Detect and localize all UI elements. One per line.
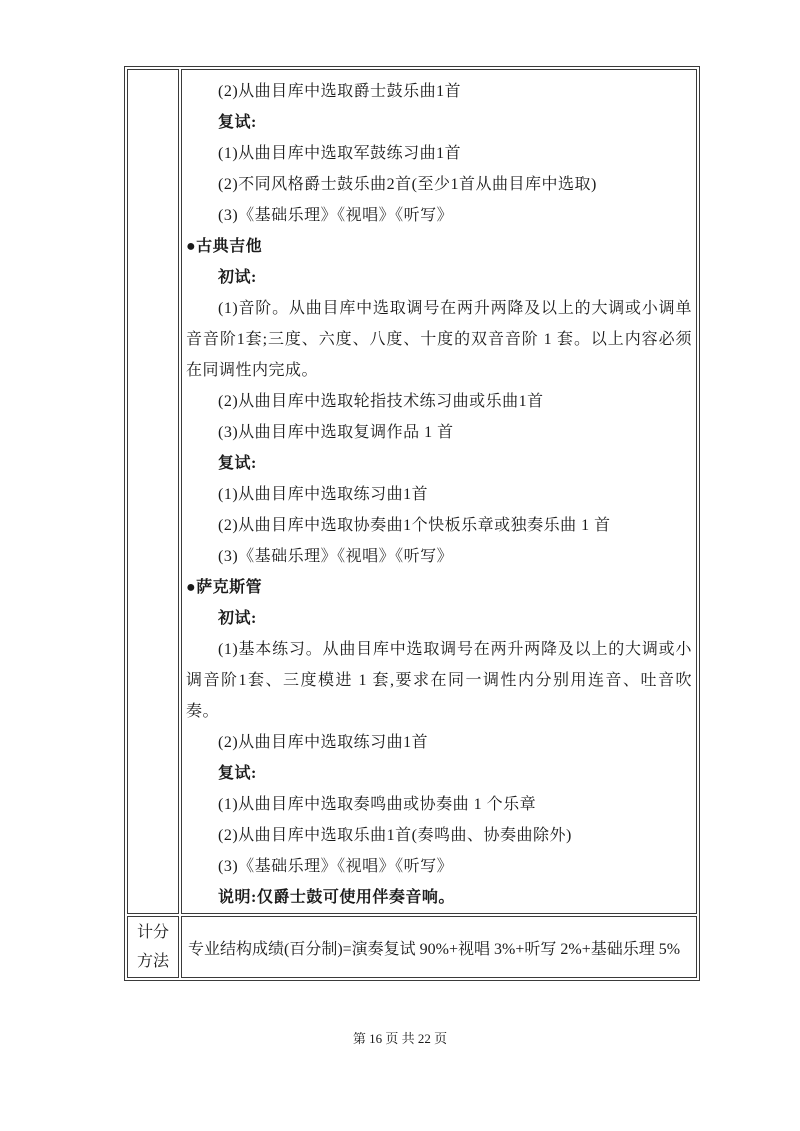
retest-heading: 复试:	[186, 107, 692, 138]
content-line: (1)从曲目库中选取练习曲1首	[186, 479, 692, 510]
exam-content-cell: (2)从曲目库中选取爵士鼓乐曲1首 复试: (1)从曲目库中选取军鼓练习曲1首 …	[181, 69, 697, 914]
scoring-label-line: 计分	[129, 918, 177, 947]
content-line: (3)《基础乐理》《视唱》《听写》	[186, 200, 692, 231]
document-page: (2)从曲目库中选取爵士鼓乐曲1首 复试: (1)从曲目库中选取军鼓练习曲1首 …	[0, 0, 800, 1131]
scoring-label-line: 方法	[129, 947, 177, 976]
content-line: (3)《基础乐理》《视唱》《听写》	[186, 541, 692, 572]
retest-heading: 复试:	[186, 758, 692, 789]
content-line: (1)从曲目库中选取军鼓练习曲1首	[186, 138, 692, 169]
first-test-heading: 初试:	[186, 603, 692, 634]
content-line: (1)音阶。从曲目库中选取调号在两升两降及以上的大调或小调单音音阶1套;三度、六…	[186, 293, 692, 386]
empty-header-cell	[127, 69, 179, 914]
content-line: (1)从曲目库中选取奏鸣曲或协奏曲 1 个乐章	[186, 789, 692, 820]
exam-content-row: (2)从曲目库中选取爵士鼓乐曲1首 复试: (1)从曲目库中选取军鼓练习曲1首 …	[127, 69, 697, 914]
first-test-heading: 初试:	[186, 262, 692, 293]
content-line: (2)从曲目库中选取练习曲1首	[186, 727, 692, 758]
scoring-method-label-cell: 计分 方法	[127, 916, 179, 978]
content-line: (2)从曲目库中选取轮指技术练习曲或乐曲1首	[186, 386, 692, 417]
page-number-footer: 第 16 页 共 22 页	[0, 1028, 800, 1047]
scoring-method-row: 计分 方法 专业结构成绩(百分制)=演奏复试 90%+视唱 3%+听写 2%+基…	[127, 916, 697, 978]
note-line: 说明:仅爵士鼓可使用伴奏音响。	[186, 882, 692, 913]
content-line: (1)基本练习。从曲目库中选取调号在两升两降及以上的大调或小调音阶1套、三度模进…	[186, 634, 692, 727]
scoring-formula-cell: 专业结构成绩(百分制)=演奏复试 90%+视唱 3%+听写 2%+基础乐理 5%	[181, 916, 697, 978]
content-line: (2)从曲目库中选取爵士鼓乐曲1首	[186, 76, 692, 107]
content-line: (3)《基础乐理》《视唱》《听写》	[186, 851, 692, 882]
content-line: (2)不同风格爵士鼓乐曲2首(至少1首从曲目库中选取)	[186, 169, 692, 200]
requirements-table: (2)从曲目库中选取爵士鼓乐曲1首 复试: (1)从曲目库中选取军鼓练习曲1首 …	[124, 66, 700, 981]
content-line: (2)从曲目库中选取协奏曲1个快板乐章或独奏乐曲 1 首	[186, 510, 692, 541]
scoring-formula: 专业结构成绩(百分制)=演奏复试 90%+视唱 3%+听写 2%+基础乐理 5%	[186, 938, 692, 962]
content-line: (2)从曲目库中选取乐曲1首(奏鸣曲、协奏曲除外)	[186, 820, 692, 851]
instrument-heading-saxophone: ●萨克斯管	[186, 572, 692, 603]
instrument-heading-classical-guitar: ●古典吉他	[186, 231, 692, 262]
content-line: (3)从曲目库中选取复调作品 1 首	[186, 417, 692, 448]
retest-heading: 复试:	[186, 448, 692, 479]
